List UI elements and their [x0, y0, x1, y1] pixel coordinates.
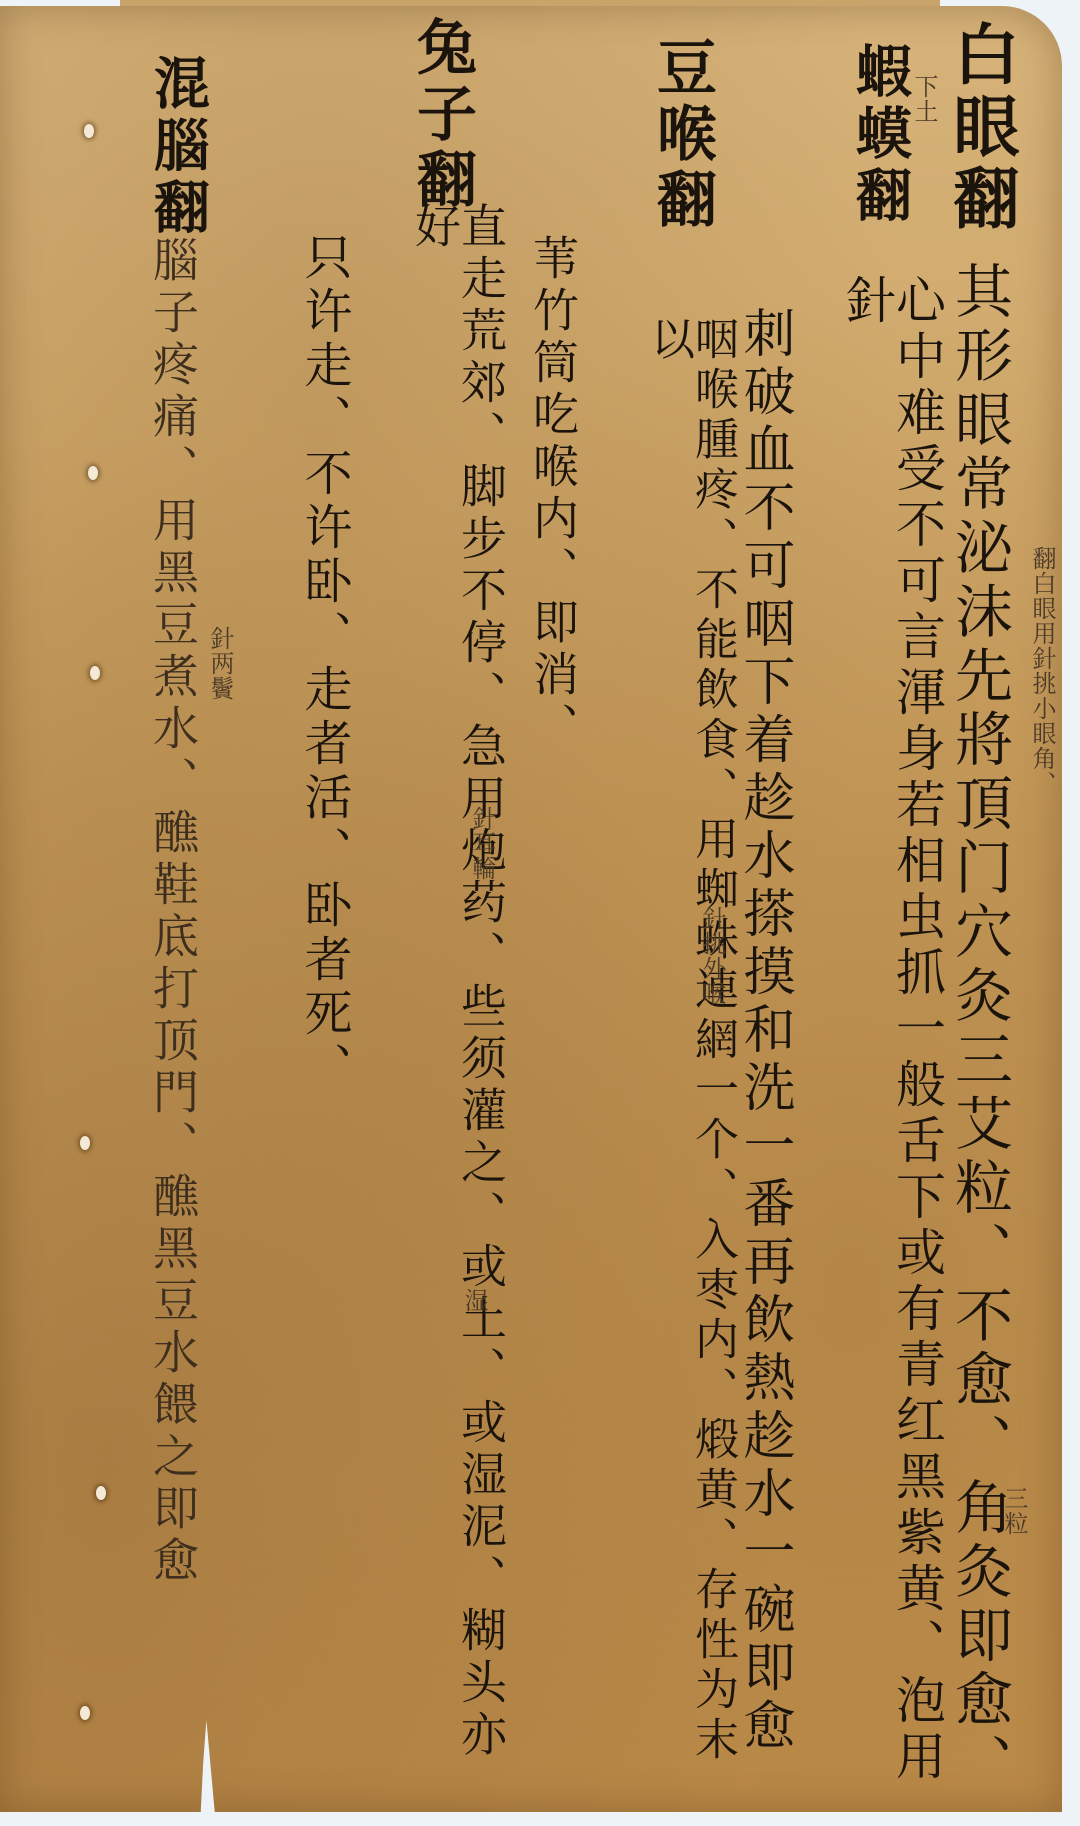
binding-hole [96, 1486, 106, 1500]
text-baiyanfan-body: 其形眼常泌沫先將頂门穴灸三艾粒、不愈、角灸即愈、 [950, 261, 1008, 1797]
margin-note-tuzifan: 針耳輪 [470, 806, 494, 881]
text-tuzifan-body: 直走荒郊、脚步不停、急用炮药、些须灌之、或土、或湿泥、糊头亦好 [412, 202, 504, 1812]
text-tuzifan-cont: 只许走、不许卧、走者活、卧者死、 [300, 232, 348, 1096]
text-hamafan-body: 心中难受不可言渾身若相虫抓一般舌下或有青红黑紫黄、泡用針 [842, 274, 942, 1812]
margin-note-shi: 湿 [462, 1288, 486, 1313]
heading-hunnaofan: 混腦翻 [150, 54, 206, 240]
text-douhoufan-cont: 苇竹筒吃喉内、即消、 [530, 234, 576, 754]
binding-hole [80, 1706, 90, 1720]
margin-note-baiyanfan: 翻白眼用針挑小眼角、 [1030, 546, 1054, 796]
heading-baiyanfan: 白眼翻 [948, 20, 1014, 236]
binding-hole [88, 466, 98, 480]
margin-note-douhoufan: 針挑外喉 [700, 906, 724, 1006]
margin-note-sanli: 三粒 [1002, 1486, 1026, 1536]
manuscript-page: 白眼翻 其形眼常泌沫先將頂门穴灸三艾粒、不愈、角灸即愈、 翻白眼用針挑小眼角、 … [0, 6, 1062, 1812]
text-douhoufan-body: 咽喉腫疼、不能飲食、用蜘蛛連網一个、入枣内、煅黄、存性为末以 [646, 316, 734, 1812]
heading-hamafan: 蝦蟆翻 [852, 42, 908, 228]
margin-note-hamafan: 下土 [912, 74, 936, 124]
binding-hole [80, 1136, 90, 1150]
text-hamafan-body-cont: 刺破血不可咽下着趁水搽摸和洗一番再飲熱趁水一碗即愈 [738, 306, 790, 1756]
heading-douhoufan: 豆喉翻 [652, 36, 712, 234]
binding-hole [84, 124, 94, 138]
margin-note-hunnaofan: 針两鬢 [208, 626, 232, 701]
text-hunnaofan-body: 腦子疼痛、用黑豆煮水、醮鞋底打顶門、醮黑豆水餵之即愈 [150, 236, 196, 1588]
binding-hole [90, 666, 100, 680]
heading-tuzifan: 兔子翻 [412, 16, 472, 214]
